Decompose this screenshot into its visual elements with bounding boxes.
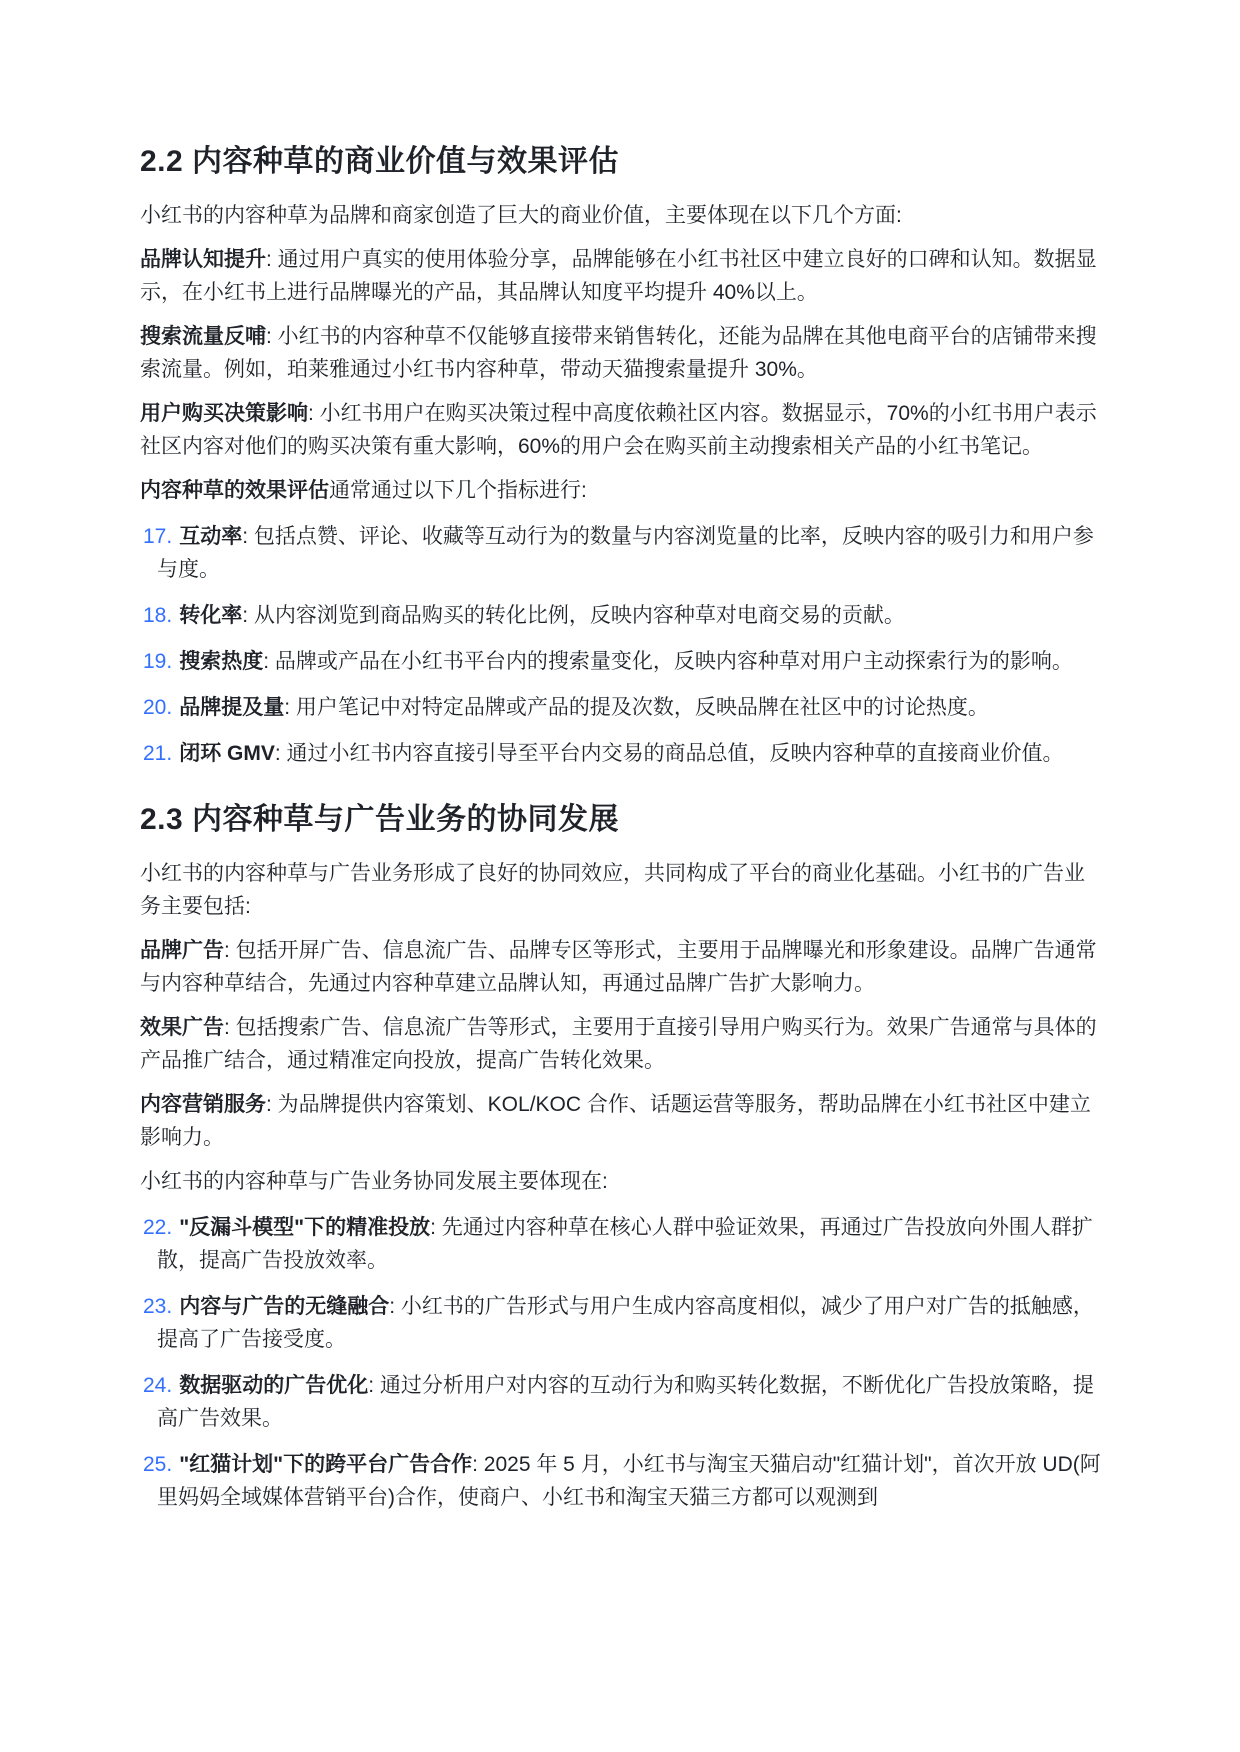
list-item-text: : 包括点赞、评论、收藏等互动行为的数量与内容浏览量的比率，反映内容的吸引力和用…: [157, 525, 1094, 581]
list-item: 21.闭环 GMV: 通过小红书内容直接引导至平台内交易的商品总值，反映内容种草…: [140, 737, 1102, 770]
list-item: 20.品牌提及量: 用户笔记中对特定品牌或产品的提及次数，反映品牌在社区中的讨论…: [140, 691, 1102, 724]
list-item-number: 19.: [143, 650, 172, 673]
bold-term: 内容营销服务: [140, 1093, 266, 1116]
section-heading: 2.2 内容种草的商业价值与效果评估: [140, 142, 1102, 181]
list-item: 19.搜索热度: 品牌或产品在小红书平台内的搜索量变化，反映内容种草对用户主动探…: [140, 645, 1102, 678]
list-item: 23.内容与广告的无缝融合: 小红书的广告形式与用户生成内容高度相似，减少了用户…: [140, 1290, 1102, 1356]
paragraph: 内容营销服务: 为品牌提供内容策划、KOL/KOC 合作、话题运营等服务，帮助品…: [140, 1088, 1102, 1154]
paragraph: 品牌认知提升: 通过用户真实的使用体验分享，品牌能够在小红书社区中建立良好的口碑…: [140, 243, 1102, 309]
section-2-3: 2.3 内容种草与广告业务的协同发展 小红书的内容种草与广告业务形成了良好的协同…: [140, 800, 1102, 1514]
bold-term: 品牌广告: [140, 939, 224, 962]
paragraph-text: : 包括搜索广告、信息流广告等形式，主要用于直接引导用户购买行为。效果广告通常与…: [140, 1016, 1097, 1072]
bold-term: "反漏斗模型"下的精准投放: [179, 1216, 430, 1239]
bold-term: 闭环 GMV: [179, 742, 275, 765]
paragraph-text: : 包括开屏广告、信息流广告、品牌专区等形式，主要用于品牌曝光和形象建设。品牌广…: [140, 939, 1097, 995]
section-heading: 2.3 内容种草与广告业务的协同发展: [140, 800, 1102, 839]
list-item-text: : 用户笔记中对特定品牌或产品的提及次数，反映品牌在社区中的讨论热度。: [284, 696, 989, 719]
list-item: 17.互动率: 包括点赞、评论、收藏等互动行为的数量与内容浏览量的比率，反映内容…: [140, 520, 1102, 586]
paragraph-text: : 为品牌提供内容策划、KOL/KOC 合作、话题运营等服务，帮助品牌在小红书社…: [140, 1093, 1091, 1149]
bold-term: 内容与广告的无缝融合: [179, 1295, 389, 1318]
list-item-number: 20.: [143, 696, 172, 719]
bold-term: "红猫计划"下的跨平台广告合作: [179, 1453, 472, 1476]
paragraph-text: : 小红书的内容种草不仅能够直接带来销售转化，还能为品牌在其他电商平台的店铺带来…: [140, 325, 1097, 381]
paragraph-text: : 通过用户真实的使用体验分享，品牌能够在小红书社区中建立良好的口碑和认知。数据…: [140, 248, 1097, 304]
paragraph-text: 通常通过以下几个指标进行:: [329, 479, 587, 502]
list-item-text: : 品牌或产品在小红书平台内的搜索量变化，反映内容种草对用户主动探索行为的影响。: [263, 650, 1073, 673]
bold-term: 用户购买决策影响: [140, 402, 308, 425]
list-item-number: 18.: [143, 604, 172, 627]
bold-term: 搜索流量反哺: [140, 325, 266, 348]
paragraph-text: 小红书的内容种草为品牌和商家创造了巨大的商业价值，主要体现在以下几个方面:: [140, 204, 902, 227]
paragraph: 小红书的内容种草与广告业务协同发展主要体现在:: [140, 1165, 1102, 1198]
paragraph: 小红书的内容种草为品牌和商家创造了巨大的商业价值，主要体现在以下几个方面:: [140, 199, 1102, 232]
bold-term: 数据驱动的广告优化: [179, 1374, 368, 1397]
bold-term: 搜索热度: [179, 650, 263, 673]
document-page: 2.2 内容种草的商业价值与效果评估 小红书的内容种草为品牌和商家创造了巨大的商…: [0, 0, 1240, 1752]
paragraph: 小红书的内容种草与广告业务形成了良好的协同效应，共同构成了平台的商业化基础。小红…: [140, 857, 1102, 923]
paragraph-text: 小红书的内容种草与广告业务协同发展主要体现在:: [140, 1170, 608, 1193]
section-2-2: 2.2 内容种草的商业价值与效果评估 小红书的内容种草为品牌和商家创造了巨大的商…: [140, 142, 1102, 770]
list-item-number: 24.: [143, 1374, 172, 1397]
paragraph: 效果广告: 包括搜索广告、信息流广告等形式，主要用于直接引导用户购买行为。效果广…: [140, 1011, 1102, 1077]
bold-term: 品牌认知提升: [140, 248, 266, 271]
paragraph: 搜索流量反哺: 小红书的内容种草不仅能够直接带来销售转化，还能为品牌在其他电商平…: [140, 320, 1102, 386]
bold-term: 互动率: [179, 525, 242, 548]
list-item-number: 23.: [143, 1295, 172, 1318]
list-item: 22."反漏斗模型"下的精准投放: 先通过内容种草在核心人群中验证效果，再通过广…: [140, 1211, 1102, 1277]
bold-term: 效果广告: [140, 1016, 224, 1039]
list-item-text: : 通过小红书内容直接引导至平台内交易的商品总值，反映内容种草的直接商业价值。: [275, 742, 1064, 765]
paragraph: 内容种草的效果评估通常通过以下几个指标进行:: [140, 474, 1102, 507]
list-item-number: 25.: [143, 1453, 172, 1476]
numbered-list: 22."反漏斗模型"下的精准投放: 先通过内容种草在核心人群中验证效果，再通过广…: [140, 1211, 1102, 1514]
list-item-number: 21.: [143, 742, 172, 765]
list-item: 18.转化率: 从内容浏览到商品购买的转化比例，反映内容种草对电商交易的贡献。: [140, 599, 1102, 632]
bold-term: 品牌提及量: [179, 696, 284, 719]
bold-term: 内容种草的效果评估: [140, 479, 329, 502]
paragraph: 品牌广告: 包括开屏广告、信息流广告、品牌专区等形式，主要用于品牌曝光和形象建设…: [140, 934, 1102, 1000]
paragraph-text: 小红书的内容种草与广告业务形成了良好的协同效应，共同构成了平台的商业化基础。小红…: [140, 862, 1085, 918]
list-item-number: 17.: [143, 525, 172, 548]
paragraph: 用户购买决策影响: 小红书用户在购买决策过程中高度依赖社区内容。数据显示，70%…: [140, 397, 1102, 463]
bold-term: 转化率: [179, 604, 242, 627]
list-item: 25."红猫计划"下的跨平台广告合作: 2025 年 5 月，小红书与淘宝天猫启…: [140, 1448, 1102, 1514]
list-item-text: : 从内容浏览到商品购买的转化比例，反映内容种草对电商交易的贡献。: [242, 604, 905, 627]
numbered-list: 17.互动率: 包括点赞、评论、收藏等互动行为的数量与内容浏览量的比率，反映内容…: [140, 520, 1102, 770]
list-item-number: 22.: [143, 1216, 172, 1239]
list-item: 24.数据驱动的广告优化: 通过分析用户对内容的互动行为和购买转化数据，不断优化…: [140, 1369, 1102, 1435]
